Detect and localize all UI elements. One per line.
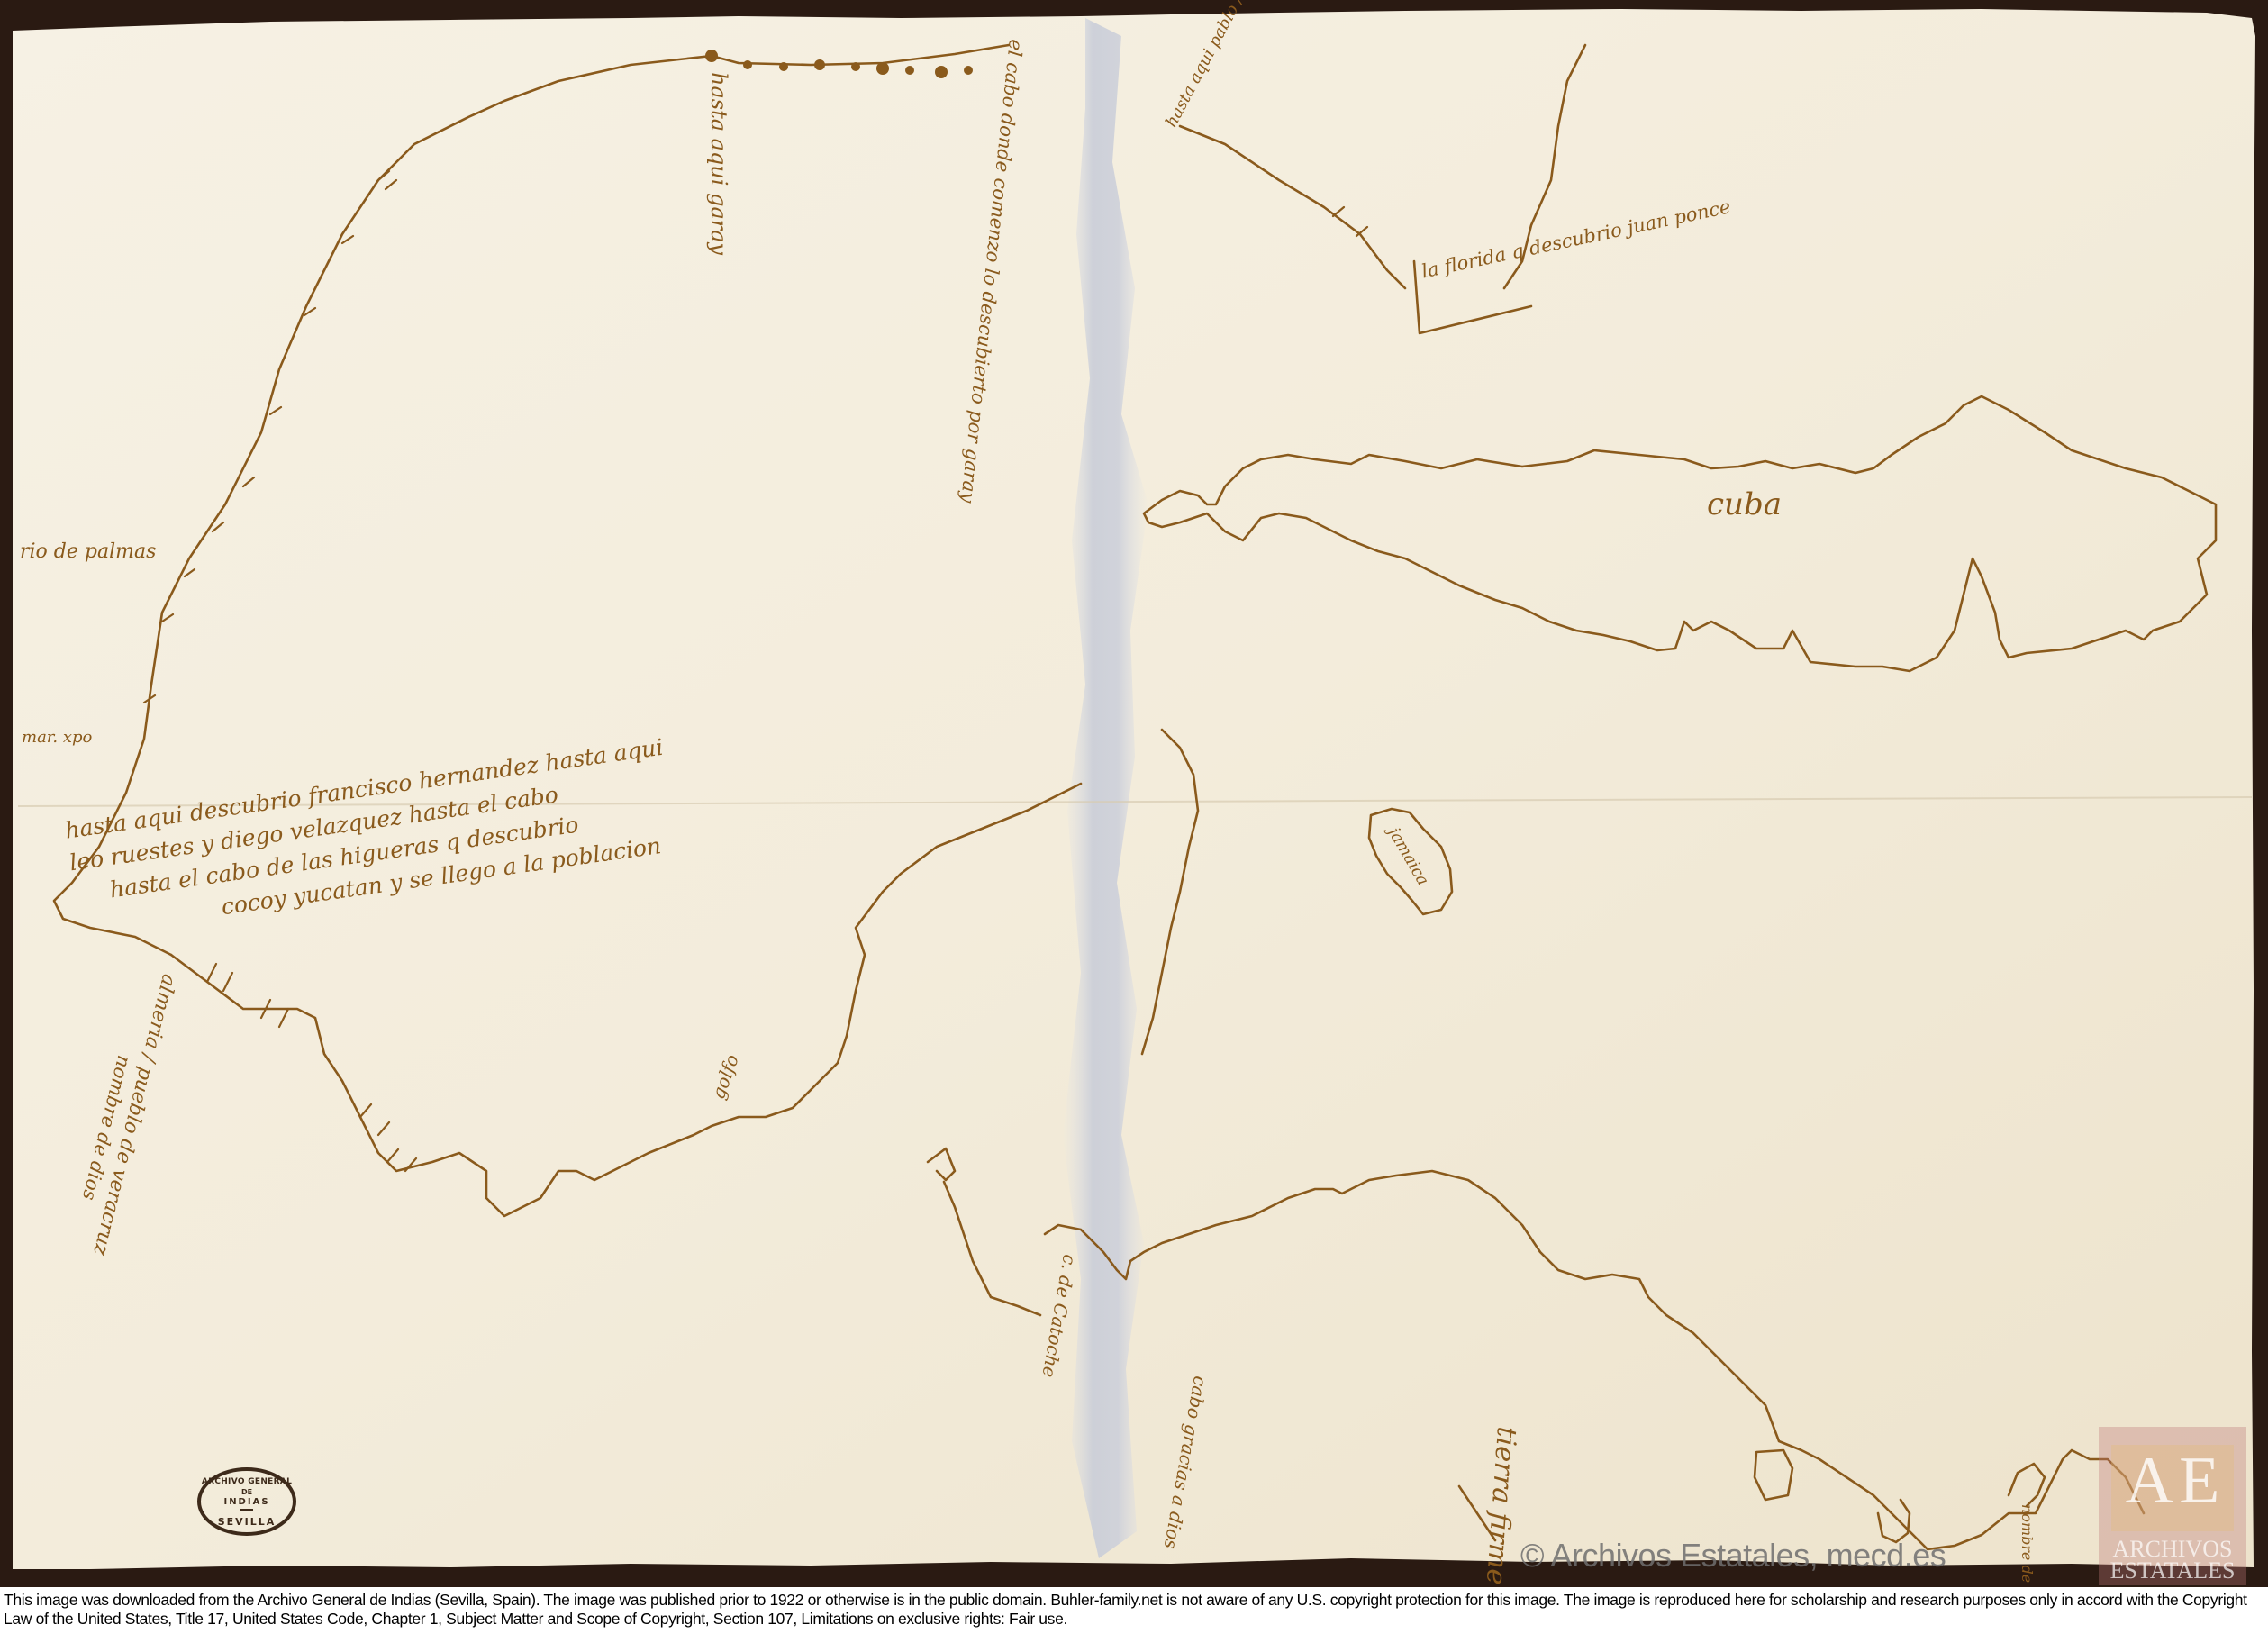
label-cuba: cuba [1707, 486, 1782, 522]
stamp-line4: SEVILLA [201, 1516, 293, 1528]
image-caption: This image was downloaded from the Archi… [4, 1591, 2260, 1629]
copyright-watermark: © Archivos Estatales, mecd.es [1520, 1537, 1946, 1575]
stamp-line3: INDIAS [201, 1497, 293, 1507]
label-rio-palmas: rio de palmas [20, 540, 156, 563]
stamp-line2: DE [201, 1488, 293, 1496]
map-scan: cuba jamaica la florida q descubrio juan… [0, 0, 2268, 1587]
label-top-left-note: hasta aqui garay [706, 72, 731, 255]
label-nombre-de-dios-right: nombre de dios [2019, 1504, 2036, 1587]
label-mar-note: mar. xpo [22, 728, 92, 747]
archivos-estatales-logo: AE ARCHIVOS ESTATALES [2099, 1427, 2246, 1585]
logo-text-line2: ESTATALES [2099, 1560, 2246, 1582]
stamp-divider [240, 1509, 253, 1511]
archive-stamp: ARCHIVO GENERAL DE INDIAS SEVILLA [197, 1467, 296, 1536]
logo-text: ARCHIVOS ESTATALES [2099, 1539, 2246, 1582]
stamp-line1: ARCHIVO GENERAL [201, 1477, 293, 1486]
logo-letters: AE [2117, 1443, 2234, 1520]
